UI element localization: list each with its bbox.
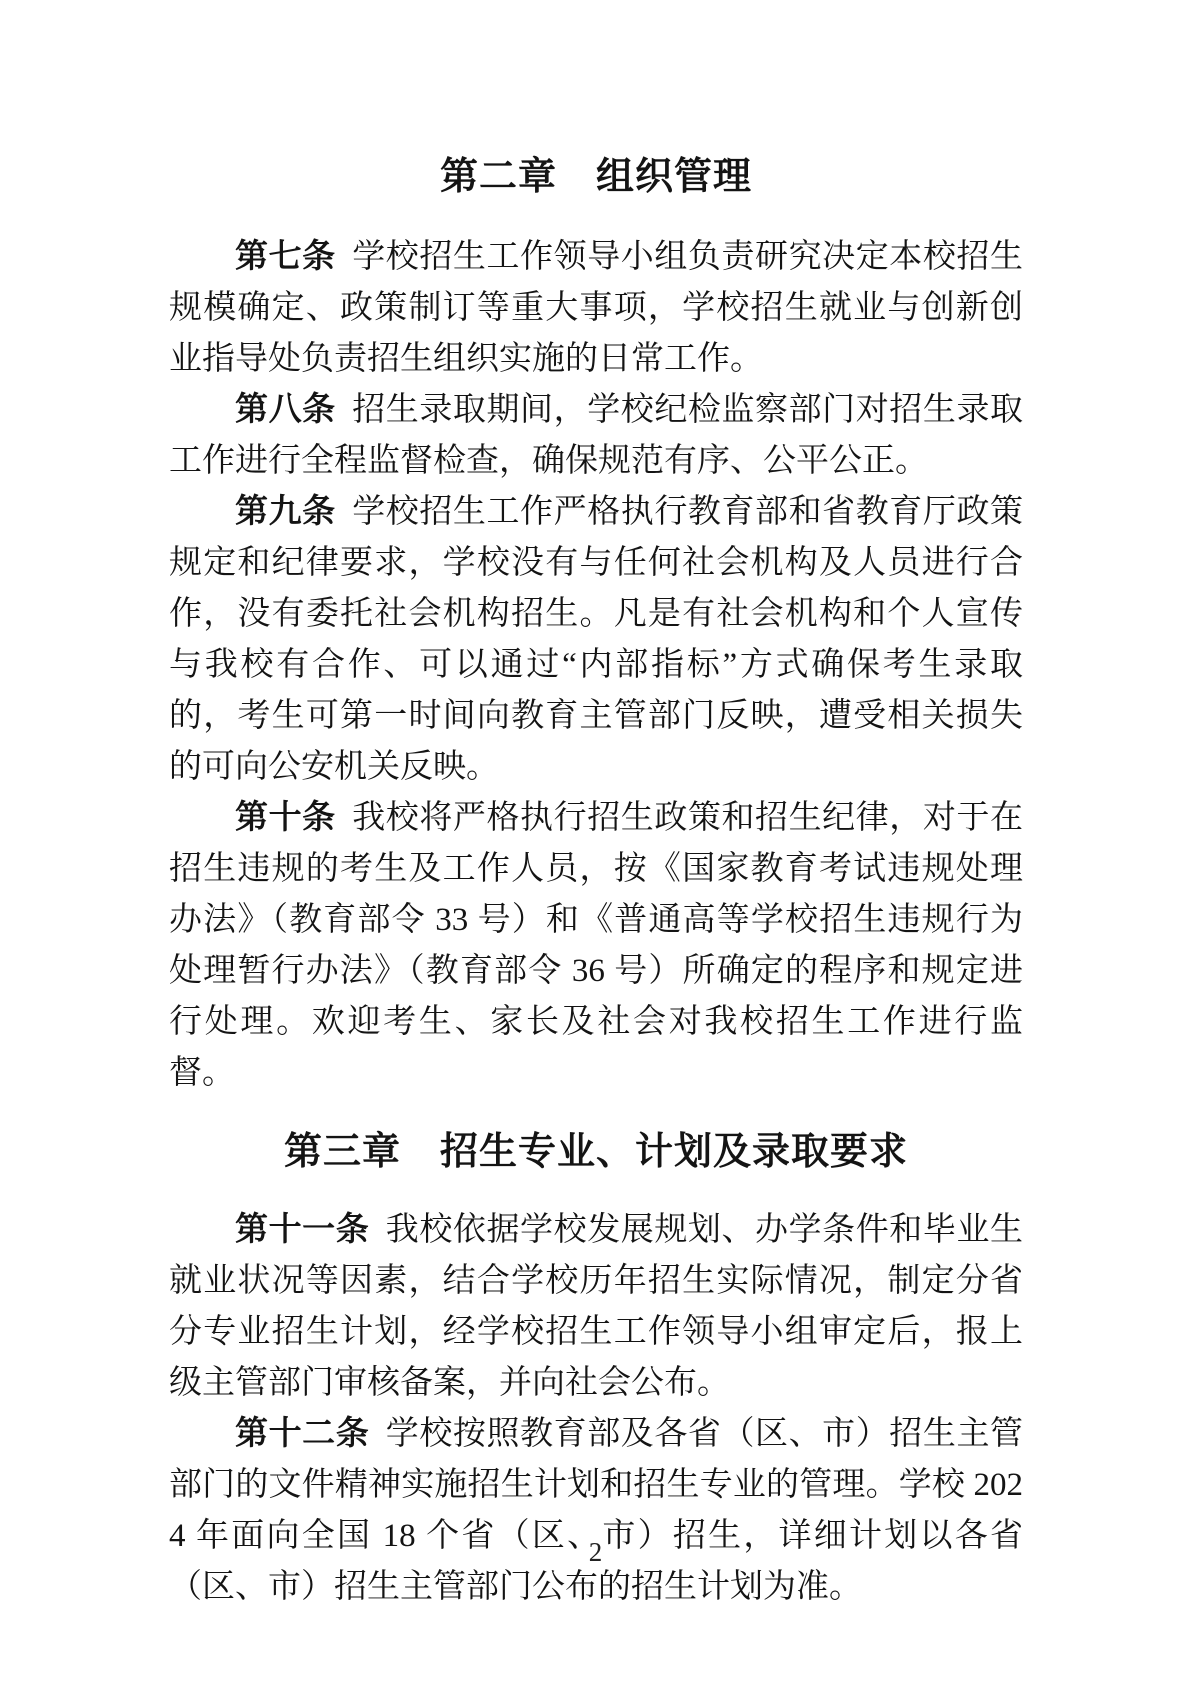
article-number-10: 第十条 (235, 800, 336, 836)
page-number: 2 (589, 1537, 603, 1567)
chapter-heading-2: 第二章 组织管理 (169, 152, 1023, 202)
article-number-9: 第九条 (235, 494, 336, 530)
document-page: 第二章 组织管理 第七条学校招生工作领导小组负责研究决定本校招生规模确定、政策制… (0, 0, 1191, 1684)
article-paragraph-12: 第十二条学校按照教育部及各省（区、市）招生主管部门的文件精神实施招生计划和招生专… (169, 1409, 1023, 1613)
document-body: 第二章 组织管理 第七条学校招生工作领导小组负责研究决定本校招生规模确定、政策制… (169, 152, 1023, 1613)
article-text-9: 学校招生工作严格执行教育部和省教育厅政策规定和纪律要求，学校没有与任何社会机构及… (169, 494, 1023, 785)
article-number-7: 第七条 (235, 239, 336, 275)
article-paragraph-8: 第八条招生录取期间，学校纪检监察部门对招生录取工作进行全程监督检查，确保规范有序… (169, 385, 1023, 487)
page-footer: 2 (0, 1536, 1191, 1568)
article-text-10: 我校将严格执行招生政策和招生纪律，对于在招生违规的考生及工作人员，按《国家教育考… (169, 800, 1023, 1091)
article-number-8: 第八条 (235, 392, 336, 428)
article-paragraph-11: 第十一条我校依据学校发展规划、办学条件和毕业生就业状况等因素，结合学校历年招生实… (169, 1205, 1023, 1409)
article-number-11: 第十一条 (235, 1212, 369, 1248)
article-number-12: 第十二条 (235, 1416, 369, 1452)
article-paragraph-10: 第十条我校将严格执行招生政策和招生纪律，对于在招生违规的考生及工作人员，按《国家… (169, 793, 1023, 1099)
chapter-heading-3: 第三章 招生专业、计划及录取要求 (169, 1127, 1023, 1177)
article-paragraph-7: 第七条学校招生工作领导小组负责研究决定本校招生规模确定、政策制订等重大事项，学校… (169, 232, 1023, 385)
article-paragraph-9: 第九条学校招生工作严格执行教育部和省教育厅政策规定和纪律要求，学校没有与任何社会… (169, 487, 1023, 793)
